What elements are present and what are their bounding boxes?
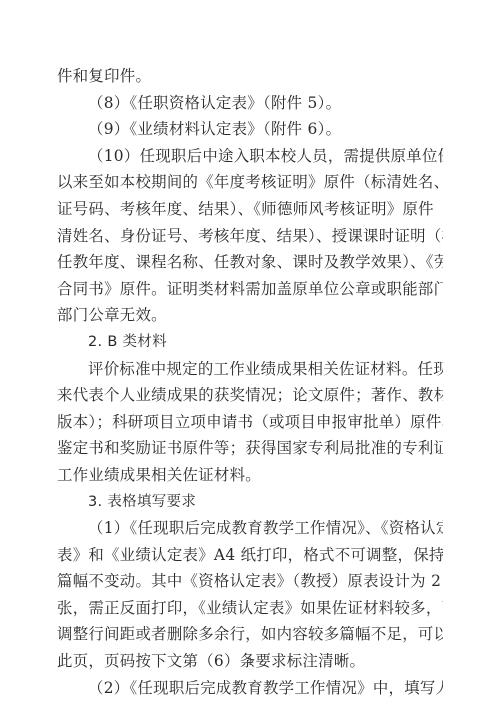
text-line: 表》和《业绩认定表》A4 纸打印，格式不可调整，保持一页 (57, 542, 443, 569)
list-item-1: （1）《任现职后完成教育教学工作情况》、《资格认定 (57, 515, 443, 542)
list-item-9: （9）《业绩材料认定表》（附件 6）。 (57, 116, 443, 143)
text-line: 张，需正反面打印，《业绩认定表》如果佐证材料较多，可以 (57, 595, 443, 622)
text-line: 证号码、考核年度、结果）、《师德师风考核证明》原件（标 (57, 196, 443, 223)
text-line: 来代表个人业绩成果的获奖情况；论文原件；著作、教材（原 (57, 382, 443, 409)
page-number: 4 (0, 657, 499, 668)
text-line: 部门公章无效。 (57, 302, 443, 329)
text-line: 版本）；科研项目立项申请书（或项目申报审批单）原件、成果 (57, 409, 443, 436)
section-heading-b-materials: 2. B 类材料 (57, 329, 443, 356)
text-line: 鉴定书和奖励证书原件等；获得国家专利局批准的专利证书等 (57, 435, 443, 462)
text-line: 合同书》原件。证明类材料需加盖原单位公章或职能部门公章， (57, 276, 443, 303)
text-line: 任教年度、课程名称、任教对象、课时及教学效果）、《劳动 (57, 249, 443, 276)
text-line: 调整行间距或者删除多余行，如内容较多篇幅不足，可以增加 (57, 621, 443, 648)
list-item-8: （8）《任职资格认定表》（附件 5）。 (57, 90, 443, 117)
document-body: 件和复印件。 （8）《任职资格认定表》（附件 5）。 （9）《业绩材料认定表》（… (57, 63, 443, 701)
list-item-10: （10）任现职后中途入职本校人员，需提供原单位任现职 (57, 143, 443, 170)
text-line: 篇幅不变动。其中《资格认定表》（教授）原表设计为 2 页纸 (57, 568, 443, 595)
text-line: 清姓名、身份证号、考核年度、结果）、授课课时证明（标清 (57, 223, 443, 250)
section-heading-form-requirements: 3. 表格填写要求 (57, 489, 443, 516)
list-item-2: （2）《任现职后完成教育教学工作情况》中，填写人为 (57, 675, 443, 702)
text-line: 工作业绩成果相关佐证材料。 (57, 462, 443, 489)
text-line: 件和复印件。 (57, 63, 443, 90)
paragraph-start: 评价标准中规定的工作业绩成果相关佐证材料。任现职以 (57, 356, 443, 383)
text-line: 以来至如本校期间的《年度考核证明》原件（标清姓名、身份 (57, 169, 443, 196)
